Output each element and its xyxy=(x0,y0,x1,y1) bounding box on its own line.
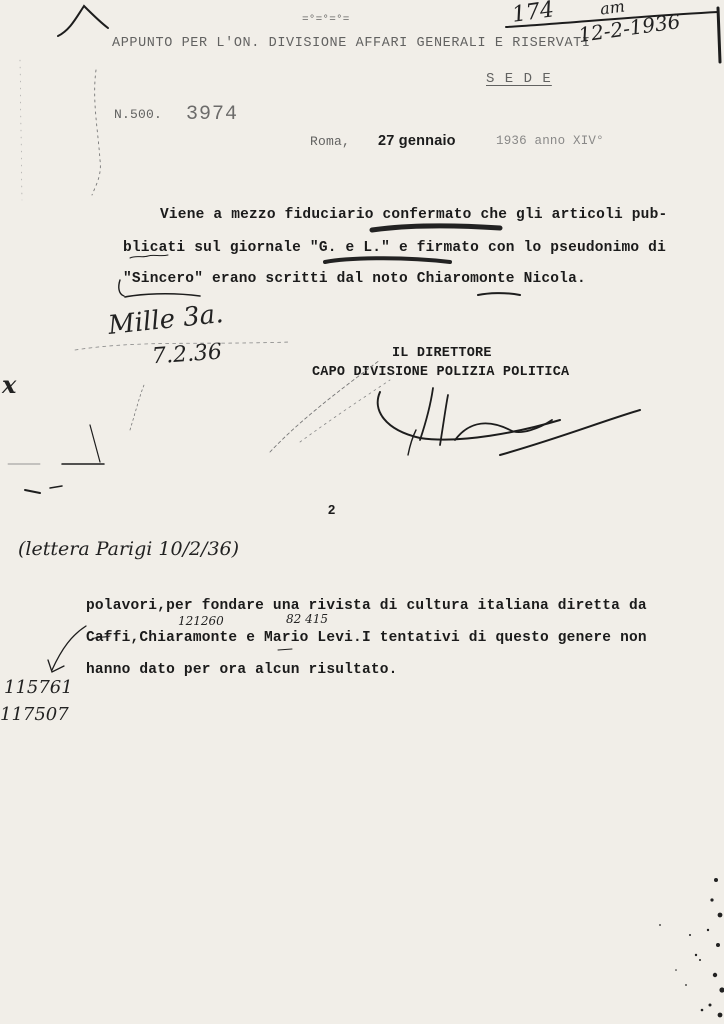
date-day-month: 27 gennaio xyxy=(378,133,456,149)
date-year: 1936 anno XIV° xyxy=(496,134,604,148)
header-location: S E D E xyxy=(486,71,552,87)
handwritten-margin-note-1: Mille 3a. xyxy=(107,299,225,341)
page-number: 2 xyxy=(328,502,335,517)
handwritten-margin-mark: x xyxy=(2,370,16,399)
date-place: Roma, xyxy=(310,134,350,149)
handwritten-letter-note: (lettera Parigi 10/2/36) xyxy=(18,538,239,560)
second-body-line-2: Caffi,Chiaramonte e Mario Levi.I tentati… xyxy=(86,630,647,646)
protocol-number: 3974 xyxy=(186,103,238,126)
header-title: APPUNTO PER L'ON. DIVISIONE AFFARI GENER… xyxy=(112,36,591,51)
handwritten-date-top-right: 12-2-1936 xyxy=(577,9,682,47)
document-page: =°=°=°= APPUNTO PER L'ON. DIVISIONE AFFA… xyxy=(0,0,724,1024)
second-body-line-1: polavori,per fondare una rivista di cult… xyxy=(86,598,647,614)
handwritten-margin-ref-2: 117507 xyxy=(0,704,69,725)
signature-title-2: CAPO DIVISIONE POLIZIA POLITICA xyxy=(312,365,569,380)
second-body-line-3: hanno dato per ora alcun risultato. xyxy=(86,662,398,678)
signature-title-1: IL DIRETTORE xyxy=(392,346,492,361)
protocol-prefix: N.500. xyxy=(114,107,162,122)
handwritten-inline-ref-2: 82 415 xyxy=(286,612,328,626)
body-line-1: Viene a mezzo fiduciario confermato che … xyxy=(160,207,667,223)
body-line-3: "Sincero" erano scritti dal noto Chiarom… xyxy=(123,271,586,287)
handwritten-ref-top-right: 174 xyxy=(510,0,555,28)
handwritten-inline-ref-1: 121260 xyxy=(178,614,224,628)
handwritten-margin-note-2: 7.2.36 xyxy=(151,340,223,370)
pen-strokes-overlay xyxy=(0,0,724,1024)
header-ornament: =°=°=°= xyxy=(302,14,350,26)
handwritten-margin-ref-1: 115761 xyxy=(4,677,73,698)
body-line-2: blicati sul giornale "G. e L." e firmato… xyxy=(123,240,666,256)
